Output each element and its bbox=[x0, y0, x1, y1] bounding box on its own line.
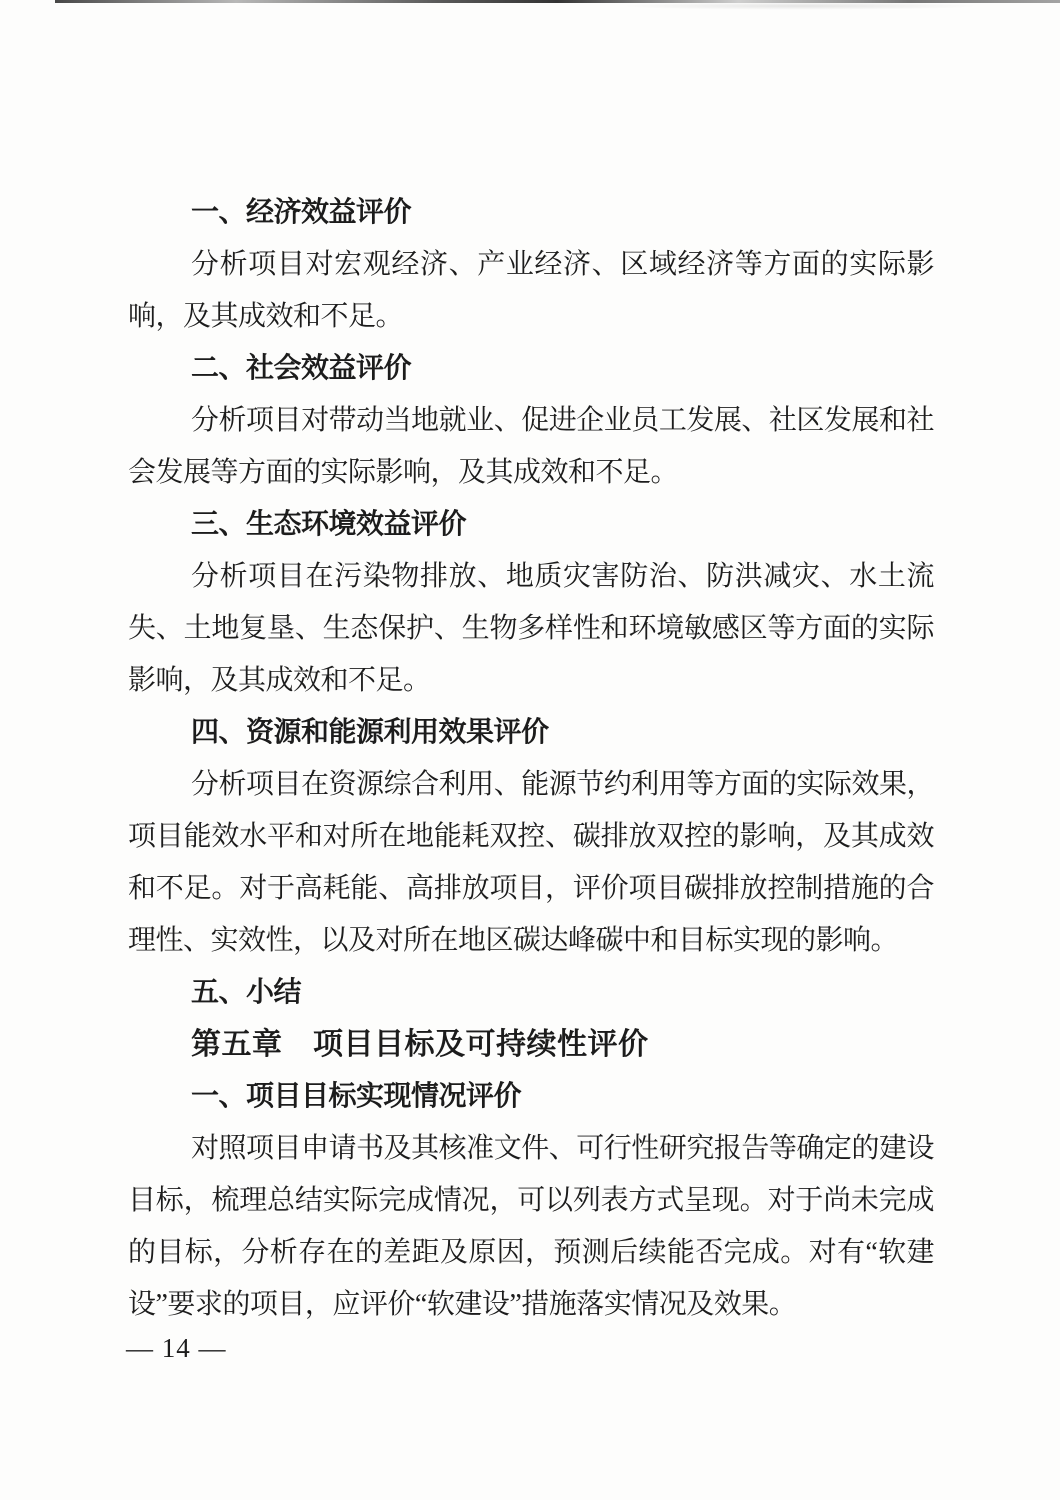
body-paragraph: 分析项目对宏观经济、产业经济、区域经济等方面的实际影响，及其成效和不足。 bbox=[128, 239, 934, 343]
section-heading-goal-achievement: 一、项目目标实现情况评价 bbox=[128, 1071, 934, 1123]
chapter-heading-project-goals-sustainability: 第五章 项目目标及可持续性评价 bbox=[128, 1019, 934, 1071]
section-heading-economic-benefit: 一、经济效益评价 bbox=[128, 187, 934, 239]
body-paragraph: 对照项目申请书及其核准文件、可行性研究报告等确定的建设目标，梳理总结实际完成情况… bbox=[128, 1123, 934, 1331]
section-heading-summary: 五、小结 bbox=[128, 967, 934, 1019]
section-heading-resource-energy-utilization: 四、资源和能源利用效果评价 bbox=[128, 707, 934, 759]
body-paragraph: 分析项目对带动当地就业、促进企业员工发展、社区发展和社会发展等方面的实际影响，及… bbox=[128, 395, 934, 499]
document-page: 一、经济效益评价 分析项目对宏观经济、产业经济、区域经济等方面的实际影响，及其成… bbox=[0, 0, 1060, 1500]
page-number: — 14 — bbox=[126, 1332, 227, 1364]
section-heading-eco-environment-benefit: 三、生态环境效益评价 bbox=[128, 499, 934, 551]
document-content: 一、经济效益评价 分析项目对宏观经济、产业经济、区域经济等方面的实际影响，及其成… bbox=[128, 187, 934, 1331]
body-paragraph: 分析项目在污染物排放、地质灾害防治、防洪减灾、水土流失、土地复垦、生态保护、生物… bbox=[128, 551, 934, 707]
scan-smudge bbox=[620, 2, 980, 10]
section-heading-social-benefit: 二、社会效益评价 bbox=[128, 343, 934, 395]
body-paragraph: 分析项目在资源综合利用、能源节约利用等方面的实际效果，项目能效水平和对所在地能耗… bbox=[128, 759, 934, 967]
